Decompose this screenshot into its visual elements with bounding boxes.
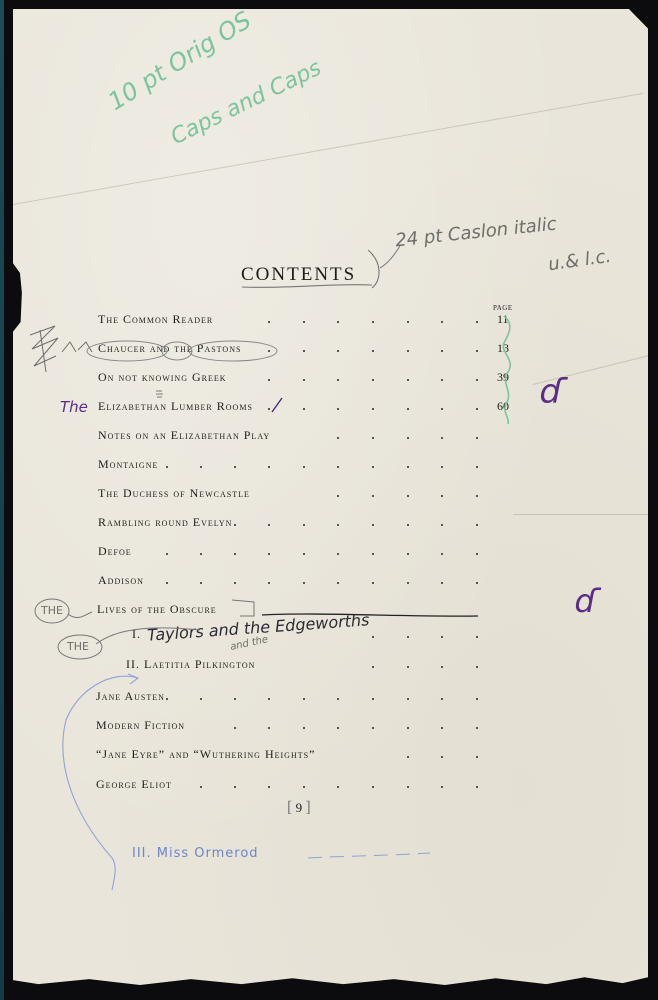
toc-entry-title: Chaucer and the Pastons	[98, 341, 241, 356]
pencil-the-circled-2: THE	[67, 640, 89, 653]
toc-entry: George Eliot	[0, 777, 658, 797]
purple-deletion-mark-2: ɗ	[575, 582, 598, 620]
folio-bracket-left: [	[287, 799, 292, 816]
toc-entry-title: Addison	[98, 573, 144, 588]
toc-entry-title: “Jane Eyre” and “Wuthering Heights”	[96, 747, 315, 762]
toc-entry-title: II. Laetitia Pilkington	[126, 657, 255, 672]
folio-number: 9	[296, 800, 303, 815]
toc-entry: Montaigne	[0, 457, 658, 477]
toc-entry: Defoe	[0, 544, 658, 564]
toc-entry-title: Montaigne	[98, 457, 158, 472]
toc-entry-title: Defoe	[98, 544, 132, 559]
blue-pencil-added-entry: III. Miss Ormerod	[132, 846, 259, 861]
toc-entry-title: I.	[132, 627, 141, 642]
toc-entry-title: Notes on an Elizabethan Play	[98, 428, 270, 443]
toc-entry-title: On not knowing Greek	[98, 370, 227, 385]
toc-entry: Rambling round Evelyn	[0, 515, 658, 535]
toc-entry: Notes on an Elizabethan Play	[0, 428, 658, 448]
toc-entry-title: Rambling round Evelyn	[98, 515, 232, 530]
purple-the-insertion: The	[60, 398, 88, 416]
fold-crease	[13, 93, 643, 205]
toc-entry-page: 13	[497, 341, 509, 356]
purple-deletion-mark-1: ɗ	[540, 372, 565, 412]
toc-entry-title: The Duchess of Newcastle	[98, 486, 250, 501]
toc-entry-page: 11	[497, 312, 509, 327]
toc-entry: Addison	[0, 573, 658, 593]
toc-entry: Chaucer and the Pastons 13	[0, 341, 658, 361]
toc-entry-page: 39	[497, 370, 509, 385]
toc-entry-title: Lives of the Obscure	[97, 602, 217, 617]
toc-entry-title: Elizabethan Lumber Rooms	[98, 399, 253, 414]
toc-entry: II. Laetitia Pilkington	[0, 657, 658, 677]
page-folio: [ 9 ]	[287, 799, 311, 817]
pencil-the-circled-1: THE	[41, 604, 63, 617]
toc-entry-title: Jane Austen	[96, 689, 165, 704]
toc-entry-page: 60	[497, 399, 509, 414]
toc-entry: The Common Reader 11	[0, 312, 658, 332]
dot-leader	[0, 657, 658, 677]
contents-heading: CONTENTS	[241, 264, 356, 286]
toc-entry: Modern Fiction	[0, 718, 658, 738]
toc-entry-title: George Eliot	[96, 777, 172, 792]
toc-entry: The Duchess of Newcastle	[0, 486, 658, 506]
page-column-label: PAGE	[493, 304, 513, 312]
toc-entry-title: Modern Fiction	[96, 718, 185, 733]
toc-entry: Jane Austen	[0, 689, 658, 709]
toc-entry-title: The Common Reader	[98, 312, 213, 327]
toc-entry: “Jane Eyre” and “Wuthering Heights”	[0, 747, 658, 767]
folio-bracket-right: ]	[305, 799, 310, 816]
